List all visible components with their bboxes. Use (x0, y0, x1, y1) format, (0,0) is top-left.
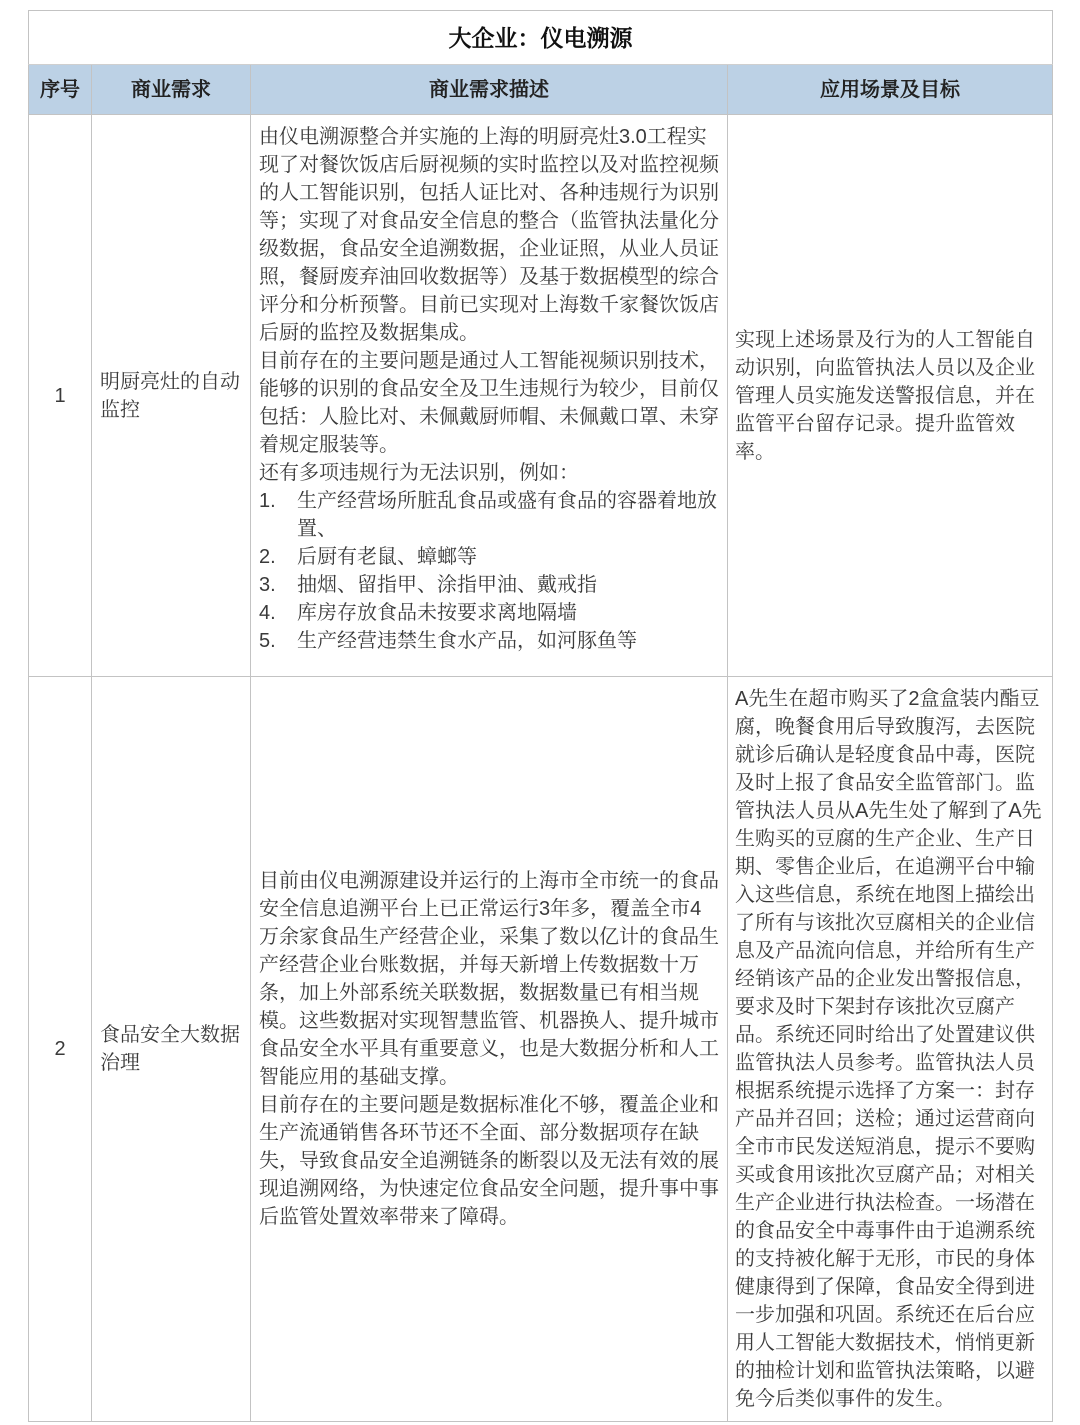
table-row: 1 明厨亮灶的自动监控 由仪电溯源整合并实施的上海的明厨亮灶3.0工程实现了对餐… (29, 115, 1053, 677)
violation-list-item: 2. 后厨有老鼠、蟑螂等 (259, 543, 719, 571)
violation-text: 后厨有老鼠、蟑螂等 (297, 543, 719, 571)
row2-description-paragraph: 目前存在的主要问题是数据标准化不够，覆盖企业和生产流通销售各环节还不全面、部分数… (259, 1091, 719, 1231)
row1-description-paragraph: 由仪电溯源整合并实施的上海的明厨亮灶3.0工程实现了对餐饮饭店后厨视频的实时监控… (259, 123, 719, 347)
row2-scenario-cell: A先生在超市购买了2盒盒装内酯豆腐，晚餐食用后导致腹泻，去医院就诊后确认是轻度食… (728, 677, 1053, 1422)
page-title: 大企业：仪电溯源 (29, 11, 1053, 65)
row2-description-paragraph: 目前由仪电溯源建设并运行的上海市全市统一的食品安全信息追溯平台上已正常运行3年多… (259, 867, 719, 1091)
row1-scenario-paragraph: 实现上述场景及行为的人工智能自动识别，向监管执法人员以及企业管理人员实施发送警报… (735, 326, 1045, 466)
violation-number: 4. (259, 599, 297, 627)
row1-number: 1 (29, 115, 92, 677)
violation-number: 1. (259, 487, 297, 543)
row1-description-paragraph: 还有多项违规行为无法识别，例如： (259, 459, 719, 487)
column-header-no: 序号 (29, 65, 92, 115)
violation-list-item: 3. 抽烟、留指甲、涂指甲油、戴戒指 (259, 571, 719, 599)
row1-description-paragraph: 目前存在的主要问题是通过人工智能视频识别技术，能够的识别的食品安全及卫生违规行为… (259, 347, 719, 459)
column-header-scenario: 应用场景及目标 (728, 65, 1053, 115)
column-header-need: 商业需求 (92, 65, 251, 115)
violation-number: 2. (259, 543, 297, 571)
column-header-desc: 商业需求描述 (251, 65, 728, 115)
row2-number: 2 (29, 677, 92, 1422)
violation-text: 库房存放食品未按要求离地隔墙 (297, 599, 719, 627)
row2-business-need: 食品安全大数据治理 (92, 677, 251, 1422)
table-row: 2 食品安全大数据治理 目前由仪电溯源建设并运行的上海市全市统一的食品安全信息追… (29, 677, 1053, 1422)
violation-number: 5. (259, 627, 297, 655)
violation-list-item: 1. 生产经营场所脏乱食品或盛有食品的容器着地放置、 (259, 487, 719, 543)
row1-business-need: 明厨亮灶的自动监控 (92, 115, 251, 677)
violation-list-item: 5. 生产经营违禁生食水产品，如河豚鱼等 (259, 627, 719, 655)
violation-number: 3. (259, 571, 297, 599)
document-page: 大企业：仪电溯源 序号 商业需求 商业需求描述 应用场景及目标 1 明厨亮灶的自… (0, 0, 1080, 1425)
table-header-row: 序号 商业需求 商业需求描述 应用场景及目标 (29, 65, 1053, 115)
violation-text: 生产经营场所脏乱食品或盛有食品的容器着地放置、 (297, 487, 719, 543)
violation-list-item: 4. 库房存放食品未按要求离地隔墙 (259, 599, 719, 627)
row2-scenario-paragraph: A先生在超市购买了2盒盒装内酯豆腐，晚餐食用后导致腹泻，去医院就诊后确认是轻度食… (735, 685, 1045, 1413)
violation-text: 生产经营违禁生食水产品，如河豚鱼等 (297, 627, 719, 655)
row1-scenario-cell: 实现上述场景及行为的人工智能自动识别，向监管执法人员以及企业管理人员实施发送警报… (728, 115, 1053, 677)
table-title-row: 大企业：仪电溯源 (29, 11, 1053, 65)
requirements-table: 大企业：仪电溯源 序号 商业需求 商业需求描述 应用场景及目标 1 明厨亮灶的自… (28, 10, 1053, 1422)
row2-description-cell: 目前由仪电溯源建设并运行的上海市全市统一的食品安全信息追溯平台上已正常运行3年多… (251, 677, 728, 1422)
row1-description-cell: 由仪电溯源整合并实施的上海的明厨亮灶3.0工程实现了对餐饮饭店后厨视频的实时监控… (251, 115, 728, 677)
violation-text: 抽烟、留指甲、涂指甲油、戴戒指 (297, 571, 719, 599)
